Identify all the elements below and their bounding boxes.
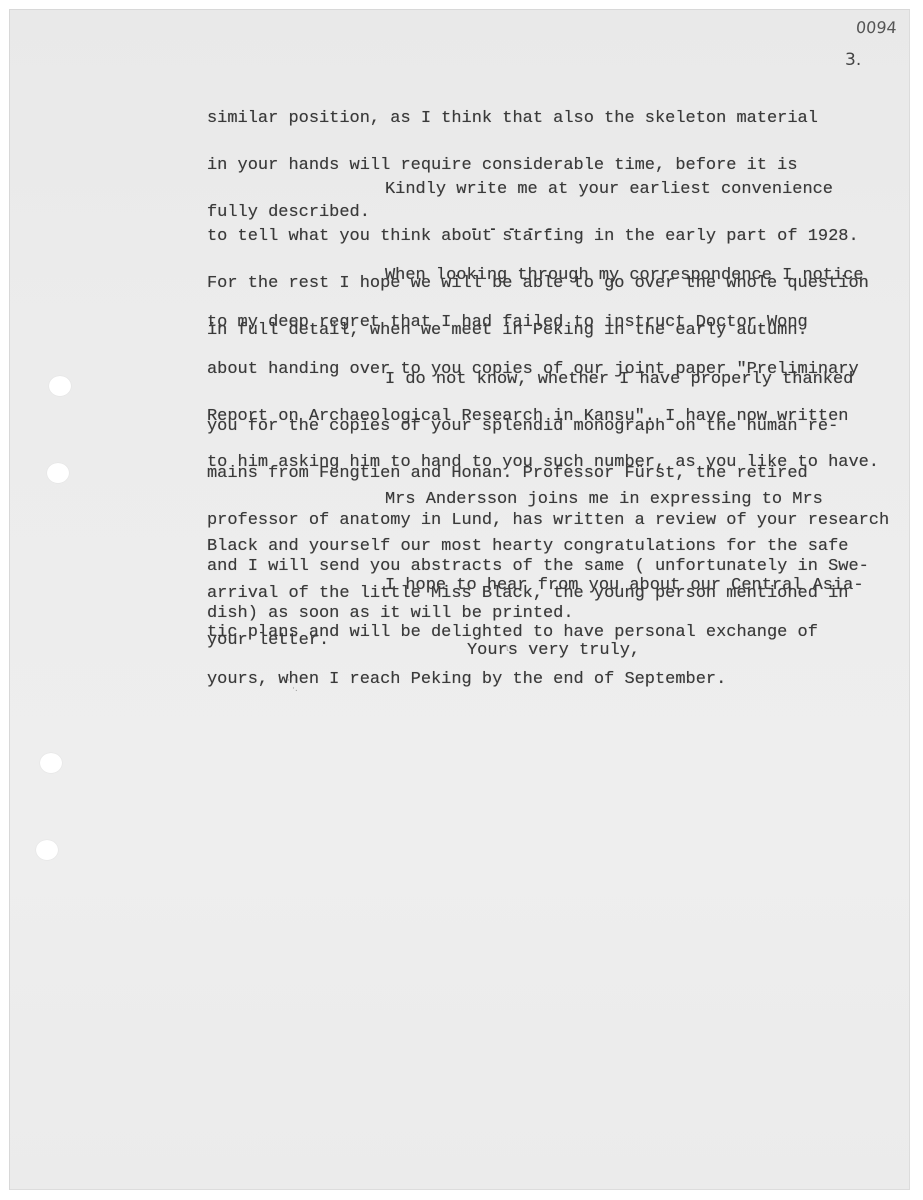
closing-text: Yours very truly, <box>467 643 640 659</box>
punch-hole <box>47 463 69 483</box>
text-line: I do not know, whether I have properly t… <box>207 372 889 388</box>
text-line: to my deep regret that I had failed to i… <box>207 315 879 331</box>
text-line: Mrs Andersson joins me in expressing to … <box>207 492 848 508</box>
punch-hole <box>40 753 62 773</box>
text-line: you for the copies of your splendid mono… <box>207 419 889 435</box>
text-line: similar position, as I think that also t… <box>207 111 818 127</box>
stray-mark: ɩ <box>506 644 509 654</box>
punch-hole <box>36 840 58 860</box>
section-separator: - - - - - <box>470 222 555 238</box>
stray-mark: ·. <box>292 684 298 694</box>
page-number: 3. <box>845 50 861 70</box>
archive-number: 0094 <box>855 18 897 37</box>
text-line: I hope to hear from you about our Centra… <box>207 578 864 594</box>
text-line: Kindly write me at your earliest conveni… <box>207 182 869 198</box>
closing: Yours very truly, <box>467 612 640 674</box>
punch-hole <box>49 376 71 396</box>
text-line: When looking through my correspondence I… <box>207 268 879 284</box>
